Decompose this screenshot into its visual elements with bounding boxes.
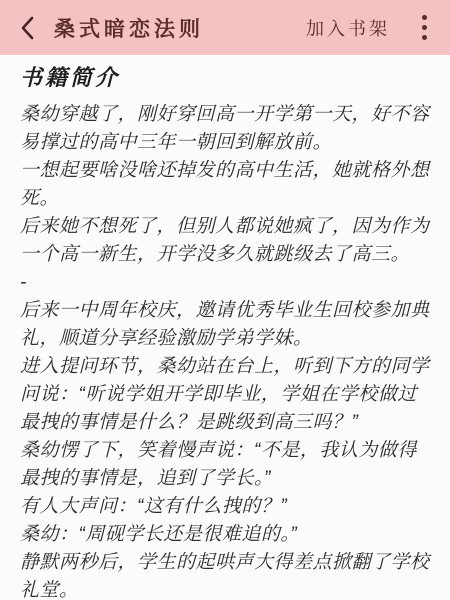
intro-paragraph: 桑幼：“周砚学长还是很难追的。” (20, 521, 430, 549)
intro-paragraph: 一想起要啥没啥还掉发的高中生活，她就格外想死。 (20, 157, 430, 213)
intro-paragraph: 桑幼愣了下，笑着慢声说：“不是，我认为做得最拽的事情是，追到了学长。” (20, 437, 430, 493)
page-title: 桑式暗恋法则 (54, 13, 306, 43)
section-title: 书籍简介 (20, 63, 430, 93)
add-to-bookshelf-button[interactable]: 加入书架 (306, 15, 390, 41)
intro-paragraph: 后来她不想死了，但别人都说她疯了，因为作为一个高一新生，开学没多久就跳级去了高三… (20, 213, 430, 269)
book-intro-content: 书籍简介 桑幼穿越了，刚好穿回高一开学第一天，好不容易撑过的高中三年一朝回到解放… (0, 55, 450, 600)
app-header: 桑式暗恋法则 加入书架 (0, 0, 450, 55)
intro-paragraph: 后来一中周年校庆，邀请优秀毕业生回校参加典礼，顺道分享经验激励学弟学妹。 (20, 297, 430, 353)
intro-paragraph: 静默两秒后，学生的起哄声大得差点掀翻了学校礼堂。 (20, 549, 430, 600)
separator-dash: - (20, 269, 430, 297)
kebab-menu-icon (422, 15, 427, 40)
chevron-left-icon (19, 16, 35, 40)
intro-paragraph: 有人大声问：“这有什么拽的？” (20, 493, 430, 521)
more-options-button[interactable] (414, 13, 434, 43)
intro-paragraph: 桑幼穿越了，刚好穿回高一开学第一天，好不容易撑过的高中三年一朝回到解放前。 (20, 101, 430, 157)
back-button[interactable] (14, 15, 40, 41)
intro-paragraph: 进入提问环节，桑幼站在台上，听到下方的同学问说：“听说学姐开学即毕业，学姐在学校… (20, 353, 430, 437)
